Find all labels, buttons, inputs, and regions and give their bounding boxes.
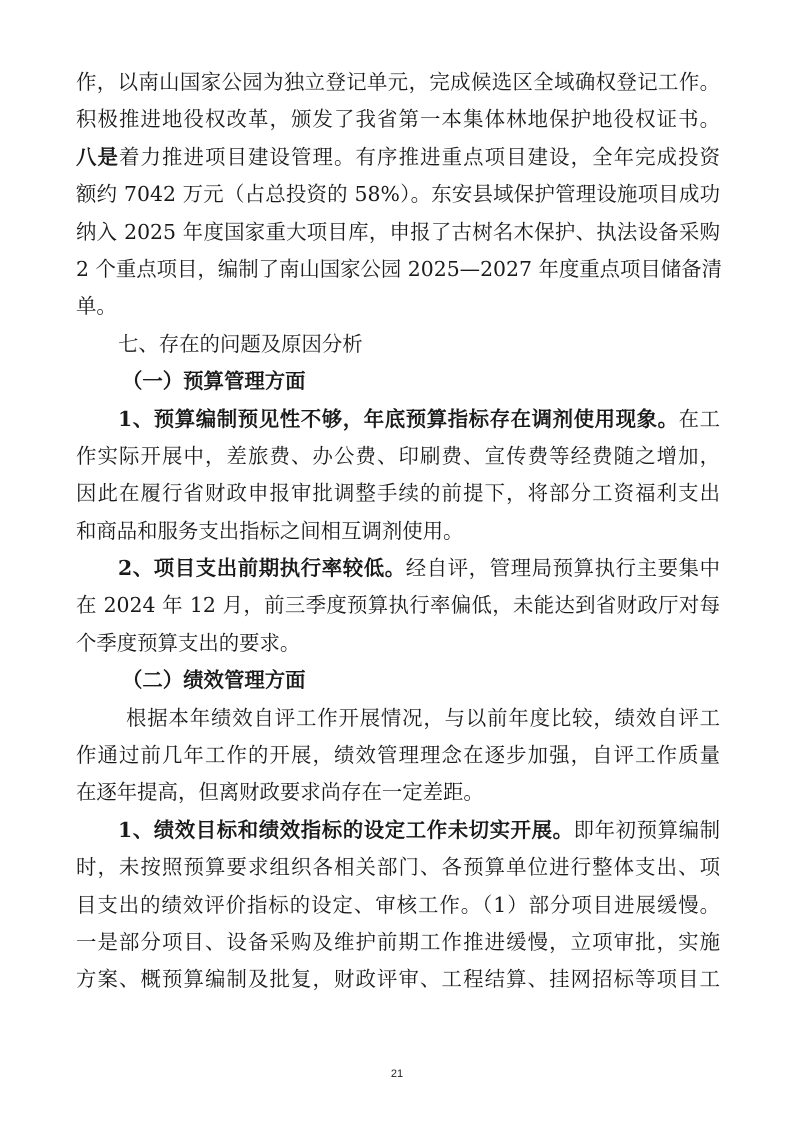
paragraph-line: 在逐年提高，但离财政要求尚存在一定差距。: [76, 774, 720, 811]
paragraph-text: 经自评，管理局预算执行主要集中: [406, 556, 720, 580]
paragraph-line: 作，以南山国家公园为独立登记单元，完成候选区全域确权登记工作。: [76, 64, 720, 101]
paragraph-line: 积极推进地役权改革，颁发了我省第一本集体林地保护地役权证书。: [76, 101, 720, 138]
paragraph-line: 一是部分项目、设备采购及维护前期工作推进缓慢，立项审批，实施: [76, 924, 720, 961]
paragraph-line: 2 个重点项目，编制了南山国家公园 2025—2027 年度重点项目储备清: [76, 251, 720, 288]
paragraph-line: 根据本年绩效自评工作开展情况，与以前年度比较，绩效自评工: [76, 700, 720, 737]
paragraph-line: 因此在履行省财政申报审批调整手续的前提下，将部分工资福利支出: [76, 475, 720, 512]
paragraph-line: 纳入 2025 年度国家重大项目库，申报了古树名木保护、执法设备采购: [76, 214, 720, 251]
paragraph-line: 方案、概预算编制及批复，财政评审、工程结算、挂网招标等项目工: [76, 961, 720, 998]
paragraph-line: 个季度预算支出的要求。: [76, 625, 720, 662]
bold-lead: 1、预算编制预见性不够，年底预算指标存在调剂使用现象。: [118, 407, 679, 431]
page-number: 21: [0, 1068, 794, 1080]
paragraph-line: 2、项目支出前期执行率较低。经自评，管理局预算执行主要集中: [76, 550, 720, 587]
paragraph-line: 目支出的绩效评价指标的设定、审核工作。（1）部分项目进展缓慢。: [76, 887, 720, 924]
paragraph-text: 着力推进项目建设管理。有序推进重点项目建设，全年完成投资: [119, 145, 720, 169]
paragraph-line: 1、预算编制预见性不够，年底预算指标存在调剂使用现象。在工: [76, 401, 720, 438]
bold-lead: 2、项目支出前期执行率较低。: [118, 556, 406, 580]
paragraph-line: 八是着力推进项目建设管理。有序推进重点项目建设，全年完成投资: [76, 139, 720, 176]
paragraph-text: 即年初预算编制: [574, 818, 720, 842]
paragraph-text: 在工: [679, 407, 720, 431]
paragraph-line: 作通过前几年工作的开展，绩效管理理念在逐步加强，自评工作质量: [76, 737, 720, 774]
document-page: 作，以南山国家公园为独立登记单元，完成候选区全域确权登记工作。 积极推进地役权改…: [76, 64, 720, 999]
subsection-heading-performance: （二）绩效管理方面: [76, 662, 720, 699]
section-heading: 七、存在的问题及原因分析: [76, 326, 720, 363]
bold-lead: 八是: [76, 145, 119, 169]
paragraph-line: 作实际开展中，差旅费、办公费、印刷费、宣传费等经费随之增加，: [76, 438, 720, 475]
paragraph-line: 在 2024 年 12 月，前三季度预算执行率偏低，未能达到省财政厅对每: [76, 587, 720, 624]
paragraph-line: 额约 7042 万元（占总投资的 58%）。东安县域保护管理设施项目成功: [76, 176, 720, 213]
paragraph-line: 单。: [76, 288, 720, 325]
bold-lead: 1、绩效目标和绩效指标的设定工作未切实开展。: [118, 818, 574, 842]
paragraph-line: 和商品和服务支出指标之间相互调剂使用。: [76, 513, 720, 550]
paragraph-line: 时，未按照预算要求组织各相关部门、各预算单位进行整体支出、项: [76, 849, 720, 886]
subsection-heading-budget: （一）预算管理方面: [76, 363, 720, 400]
paragraph-line: 1、绩效目标和绩效指标的设定工作未切实开展。即年初预算编制: [76, 812, 720, 849]
